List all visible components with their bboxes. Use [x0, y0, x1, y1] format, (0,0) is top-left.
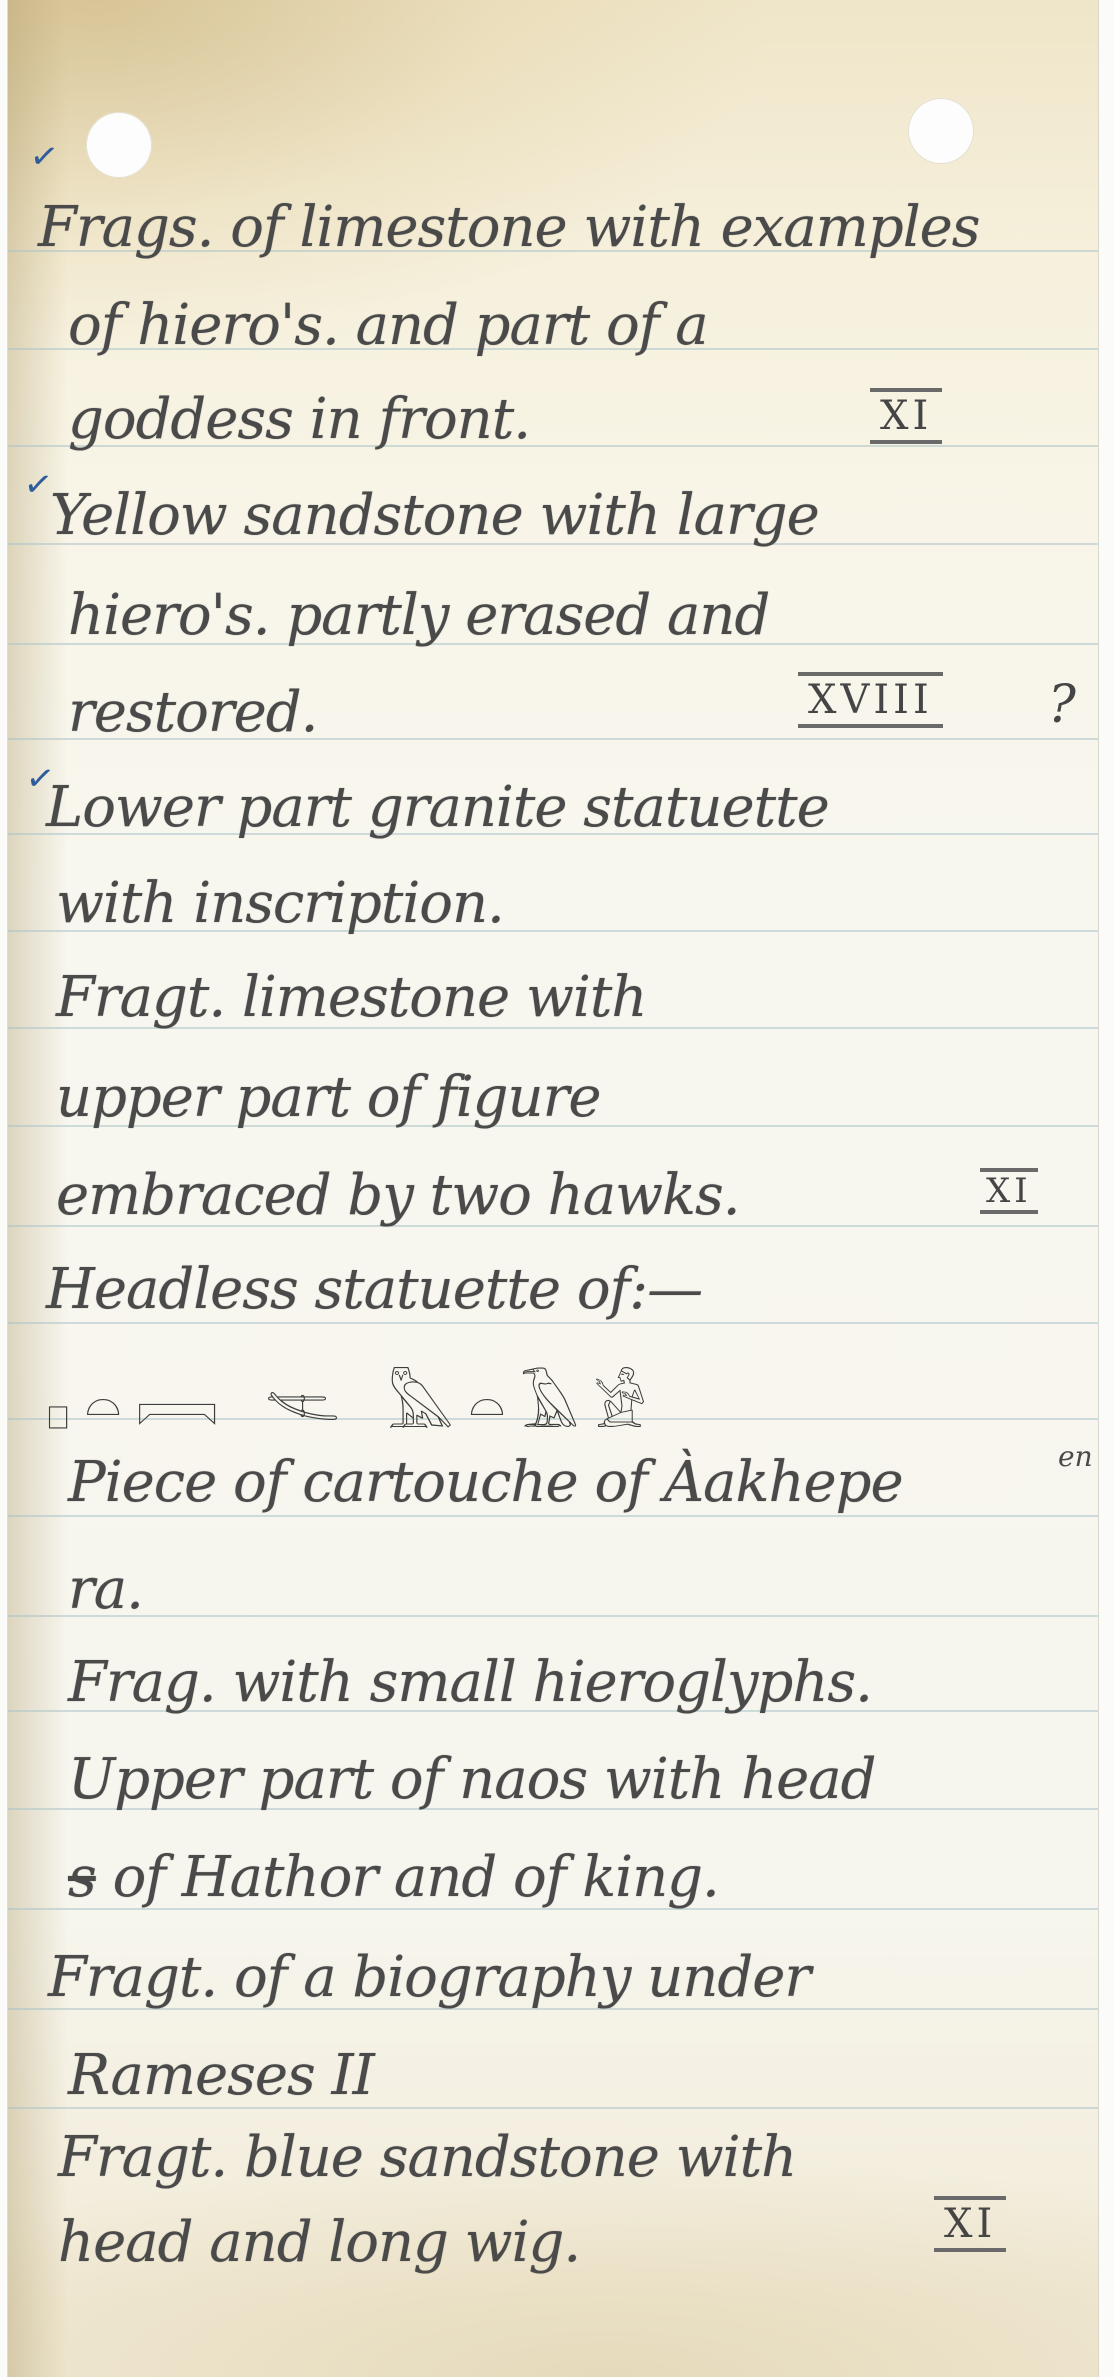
- entry-2-numeral: XVIII: [798, 672, 943, 728]
- note-paper: ✓ ✓ ✓ Frags. of limestone with examples …: [8, 0, 1098, 2377]
- entry-2-question-mark: ?: [1048, 675, 1076, 735]
- entry-6-line-1: Piece of cartouche of Àakhepe: [68, 1455, 903, 1511]
- entry-9-line-1: Fragt. of a biography under: [48, 1950, 810, 2006]
- ruled-line: [8, 1322, 1098, 1324]
- entry-1-line-1: Frags. of limestone with examples: [38, 200, 980, 256]
- entry-4-line-2: upper part of figure: [56, 1070, 600, 1126]
- entry-4-line-1: Fragt. limestone with: [56, 970, 646, 1026]
- entry-1-line-2: of hiero's. and part of a: [68, 298, 708, 354]
- entry-2-line-1: Yellow sandstone with large: [50, 488, 819, 544]
- entry-4-numeral: XI: [980, 1168, 1038, 1214]
- entry-3-line-2: with inscription.: [56, 876, 504, 932]
- punch-hole-right: [908, 98, 974, 164]
- entry-3-line-1: Lower part granite statuette: [46, 780, 829, 836]
- hieroglyph-inscription: 𓊪𓏏𓇯 𓌻 𓅓𓏏𓄿𓀀: [46, 1348, 661, 1447]
- entry-1-line-3: goddess in front.: [68, 392, 530, 448]
- ruled-line: [8, 1615, 1098, 1617]
- entry-10-numeral: XI: [934, 2196, 1006, 2252]
- entry-2-line-3: restored.: [68, 685, 317, 741]
- entry-8-line-2: s of Hathor and of king.: [68, 1850, 719, 1906]
- entry-4-line-3: embraced by two hawks.: [56, 1168, 740, 1224]
- struck-out-text: s: [68, 1845, 96, 1910]
- entry-7-line-1: Frag. with small hieroglyphs.: [68, 1655, 872, 1711]
- ruled-line: [8, 1515, 1098, 1517]
- entry-5-line-1: Headless statuette of:—: [46, 1262, 702, 1318]
- entry-1-numeral: XI: [870, 388, 942, 444]
- entry-6-line-2: ra.: [68, 1562, 143, 1618]
- punch-hole-left: [86, 112, 152, 178]
- entry-8-line-1: Upper part of naos with head: [68, 1752, 876, 1808]
- entry-2-line-2: hiero's. partly erased and: [68, 588, 769, 644]
- entry-10-line-2: head and long wig.: [58, 2215, 580, 2271]
- entry-6-superscript: en: [1058, 1440, 1093, 1473]
- blue-check-icon: ✓: [28, 138, 61, 176]
- entry-8-line-2-text: of Hathor and of king.: [113, 1845, 719, 1910]
- entry-10-line-1: Fragt. blue sandstone with: [58, 2130, 796, 2186]
- entry-9-line-2: Rameses II: [68, 2048, 374, 2104]
